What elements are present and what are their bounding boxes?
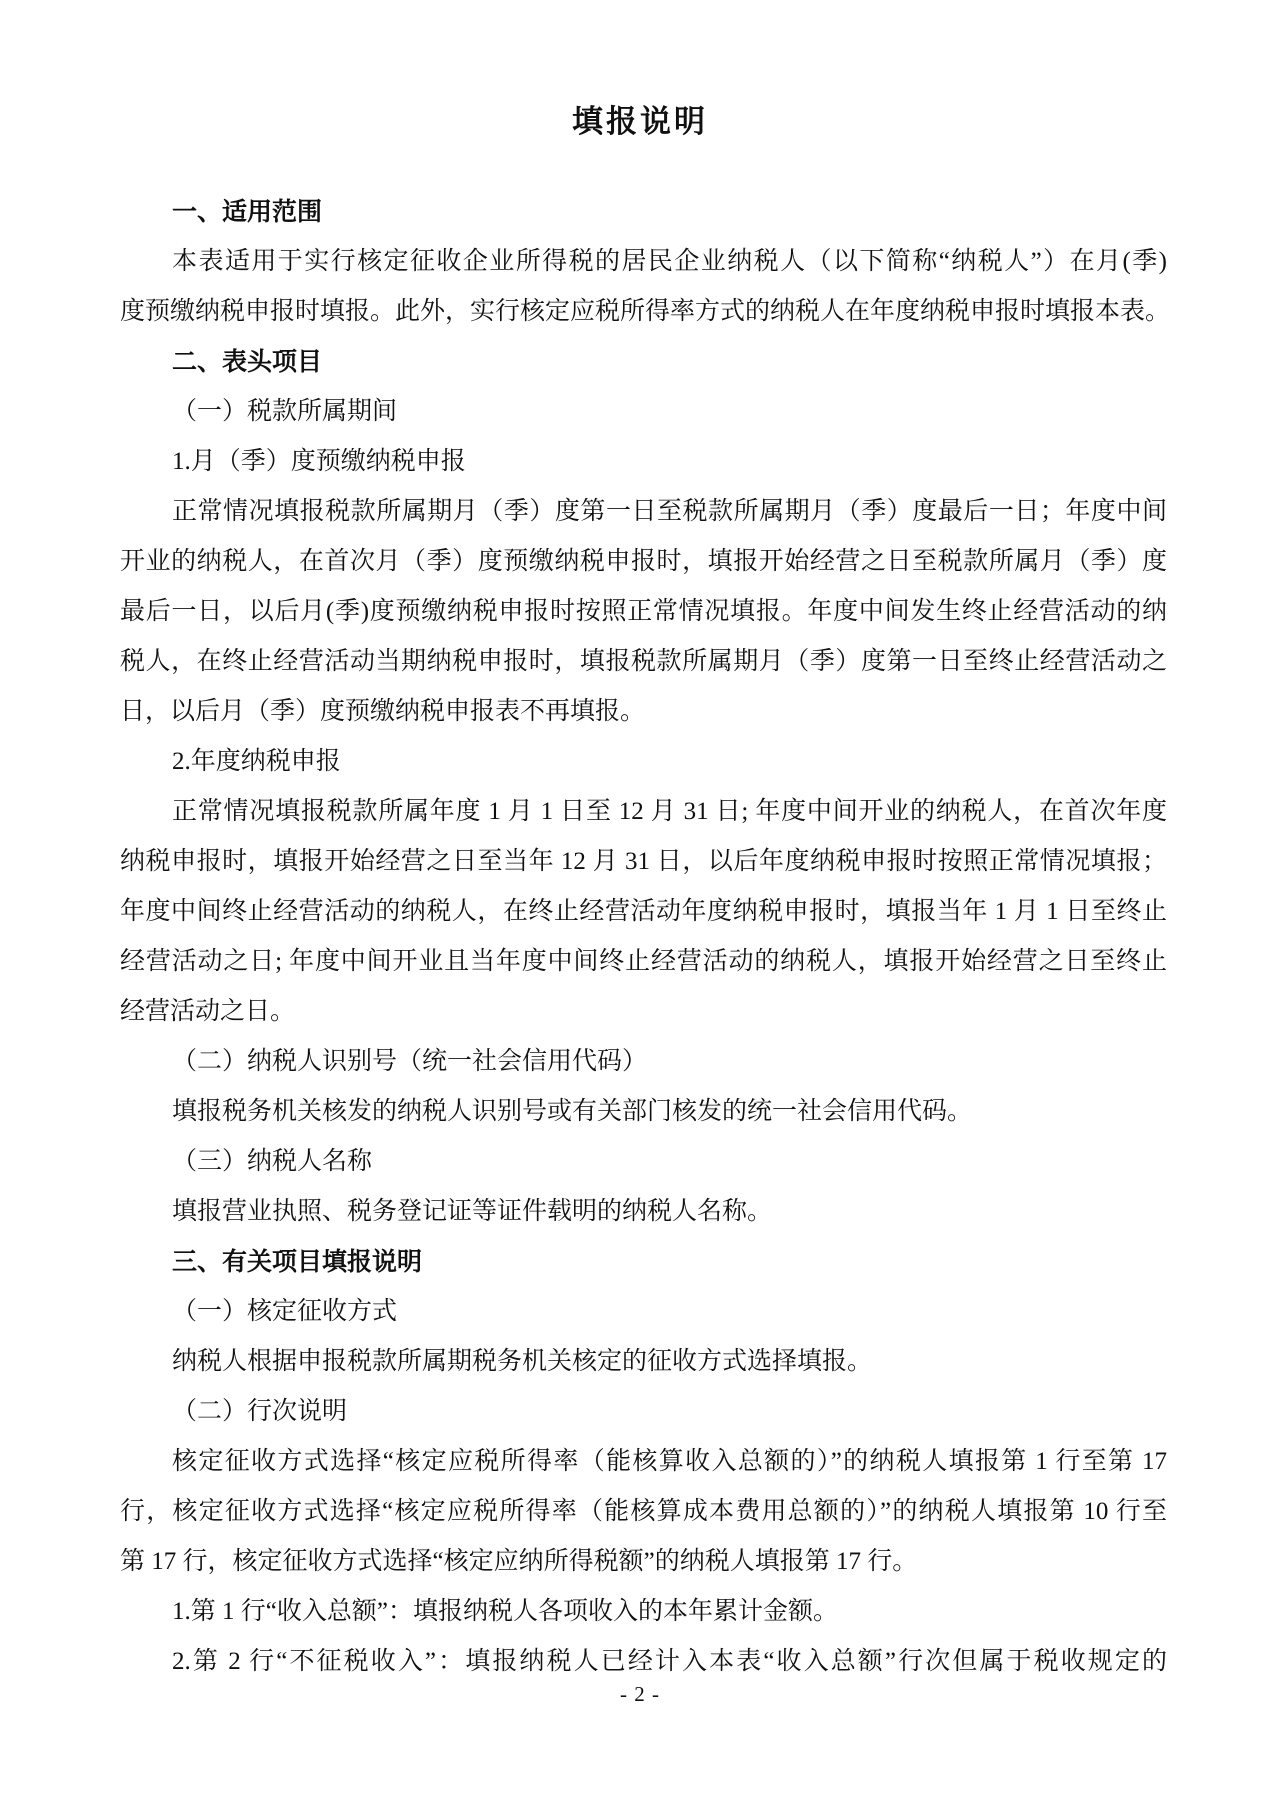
doc-line: 经营活动之日; 年度中间开业且当年度中间终止经营活动的纳税人，填报开始经营之日至… (120, 937, 1167, 987)
document-body: 一、适用范围 本表适用于实行核定征收企业所得税的居民企业纳税人（以下简称“纳税人… (120, 187, 1167, 1687)
doc-line: 核定征收方式选择“核定应税所得率（能核算收入总额的）”的纳税人填报第 1 行至第… (120, 1437, 1167, 1487)
sub-heading: （二）纳税人识别号（统一社会信用代码） (120, 1037, 1167, 1087)
doc-line: 行，核定征收方式选择“核定应税所得率（能核算成本费用总额的）”的纳税人填报第 1… (120, 1487, 1167, 1537)
doc-line: 第 17 行，核定征收方式选择“核定应纳所得税额”的纳税人填报第 17 行。 (120, 1537, 1167, 1587)
doc-line: 1.第 1 行“收入总额”：填报纳税人各项收入的本年累计金额。 (120, 1587, 1167, 1637)
doc-line: 纳税人根据申报税款所属期税务机关核定的征收方式选择填报。 (120, 1337, 1167, 1387)
section-heading: 二、表头项目 (120, 337, 1167, 387)
doc-line: 年度中间终止经营活动的纳税人，在终止经营活动年度纳税申报时，填报当年 1 月 1… (120, 887, 1167, 937)
sub-heading: 1.月（季）度预缴纳税申报 (120, 437, 1167, 487)
sub-heading: 2.年度纳税申报 (120, 737, 1167, 787)
doc-line: 本表适用于实行核定征收企业所得税的居民企业纳税人（以下简称“纳税人”）在月(季) (120, 237, 1167, 287)
sub-heading: （一）税款所属期间 (120, 387, 1167, 437)
page-title: 填报说明 (0, 96, 1280, 141)
doc-line: 日，以后月（季）度预缴纳税申报表不再填报。 (120, 687, 1167, 737)
doc-line: 度预缴纳税申报时填报。此外，实行核定应税所得率方式的纳税人在年度纳税申报时填报本… (120, 287, 1167, 337)
doc-line: 最后一日，以后月(季)度预缴纳税申报时按照正常情况填报。年度中间发生终止经营活动… (120, 587, 1167, 637)
doc-line: 正常情况填报税款所属期月（季）度第一日至税款所属期月（季）度最后一日；年度中间 (120, 487, 1167, 537)
section-heading: 三、有关项目填报说明 (120, 1237, 1167, 1287)
doc-line: 开业的纳税人，在首次月（季）度预缴纳税申报时，填报开始经营之日至税款所属月（季）… (120, 537, 1167, 587)
doc-line: 填报税务机关核发的纳税人识别号或有关部门核发的统一社会信用代码。 (120, 1087, 1167, 1137)
doc-line: 填报营业执照、税务登记证等证件载明的纳税人名称。 (120, 1187, 1167, 1237)
doc-line: 税人，在终止经营活动当期纳税申报时，填报税款所属期月（季）度第一日至终止经营活动… (120, 637, 1167, 687)
section-heading: 一、适用范围 (120, 187, 1167, 237)
sub-heading: （三）纳税人名称 (120, 1137, 1167, 1187)
document-page: 填报说明 一、适用范围 本表适用于实行核定征收企业所得税的居民企业纳税人（以下简… (0, 0, 1280, 1810)
doc-line: 经营活动之日。 (120, 987, 1167, 1037)
sub-heading: （二）行次说明 (120, 1387, 1167, 1437)
doc-line: 正常情况填报税款所属年度 1 月 1 日至 12 月 31 日; 年度中间开业的… (120, 787, 1167, 837)
doc-line: 纳税申报时，填报开始经营之日至当年 12 月 31 日，以后年度纳税申报时按照正… (120, 837, 1167, 887)
sub-heading: （一）核定征收方式 (120, 1287, 1167, 1337)
page-number: - 2 - (0, 1678, 1280, 1710)
